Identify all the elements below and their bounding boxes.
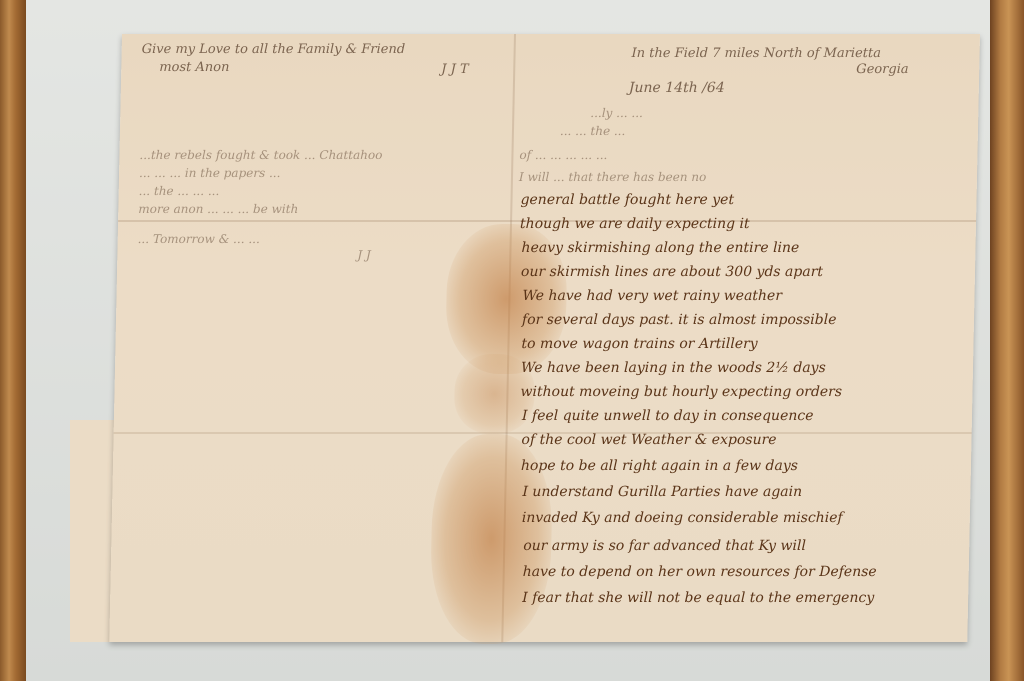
faded-line: ...the rebels fought & took ... Chattaho… bbox=[139, 148, 382, 162]
letter-line: We have been laying in the woods 2½ days bbox=[521, 360, 826, 376]
letter-line: We have had very wet rainy weather bbox=[522, 288, 782, 304]
faded-line: more anon ... ... ... be with bbox=[138, 202, 298, 216]
letter-line: to move wagon trains or Artillery bbox=[521, 336, 757, 352]
faded-line: of ... ... ... ... ... bbox=[519, 148, 607, 162]
letter-line: have to depend on her own resources for … bbox=[523, 564, 877, 580]
initials: J J T bbox=[441, 62, 469, 77]
letter-line: hope to be all right again in a few days bbox=[521, 458, 798, 474]
letter-line: I fear that she will not be equal to the… bbox=[522, 590, 874, 606]
postscript-line: most Anon bbox=[159, 60, 229, 75]
letter-line: our skirmish lines are about 300 yds apa… bbox=[521, 264, 823, 280]
letter-line: general battle fought here yet bbox=[520, 192, 734, 208]
signature-initials: J J bbox=[357, 248, 371, 262]
state-line: Georgia bbox=[856, 62, 909, 77]
letter-line: for several days past. it is almost impo… bbox=[522, 312, 837, 328]
wooden-frame-left bbox=[0, 0, 26, 681]
letter-line: I understand Gurilla Parties have again bbox=[522, 484, 802, 500]
letter-line: though we are daily expecting it bbox=[520, 216, 750, 232]
date-line: June 14th /64 bbox=[629, 80, 725, 96]
letter-line: heavy skirmishing along the entire line bbox=[521, 240, 799, 256]
faded-line: ... the ... ... ... bbox=[139, 184, 220, 198]
letter-paper: Give my Love to all the Family & Friend … bbox=[109, 34, 980, 642]
wooden-frame-right bbox=[990, 0, 1024, 681]
faded-line: ... ... ... in the papers ... bbox=[139, 166, 281, 180]
faded-line: ...ly ... ... bbox=[590, 106, 643, 120]
letter-line: of the cool wet Weather & exposure bbox=[521, 432, 776, 448]
letter-line: our army is so far advanced that Ky will bbox=[523, 538, 806, 554]
faded-line: ... ... the ... bbox=[560, 124, 626, 138]
faded-line: ... Tomorrow & ... ... bbox=[138, 232, 260, 246]
letter-line: invaded Ky and doeing considerable misch… bbox=[522, 510, 843, 526]
faded-line: I will ... that there has been no bbox=[519, 170, 707, 184]
letter-line: without moveing but hourly expecting ord… bbox=[520, 384, 842, 400]
location-line: In the Field 7 miles North of Marietta bbox=[631, 46, 881, 61]
postscript-line: Give my Love to all the Family & Friend bbox=[142, 42, 406, 57]
letter-line: I feel quite unwell to day in consequenc… bbox=[522, 408, 814, 424]
